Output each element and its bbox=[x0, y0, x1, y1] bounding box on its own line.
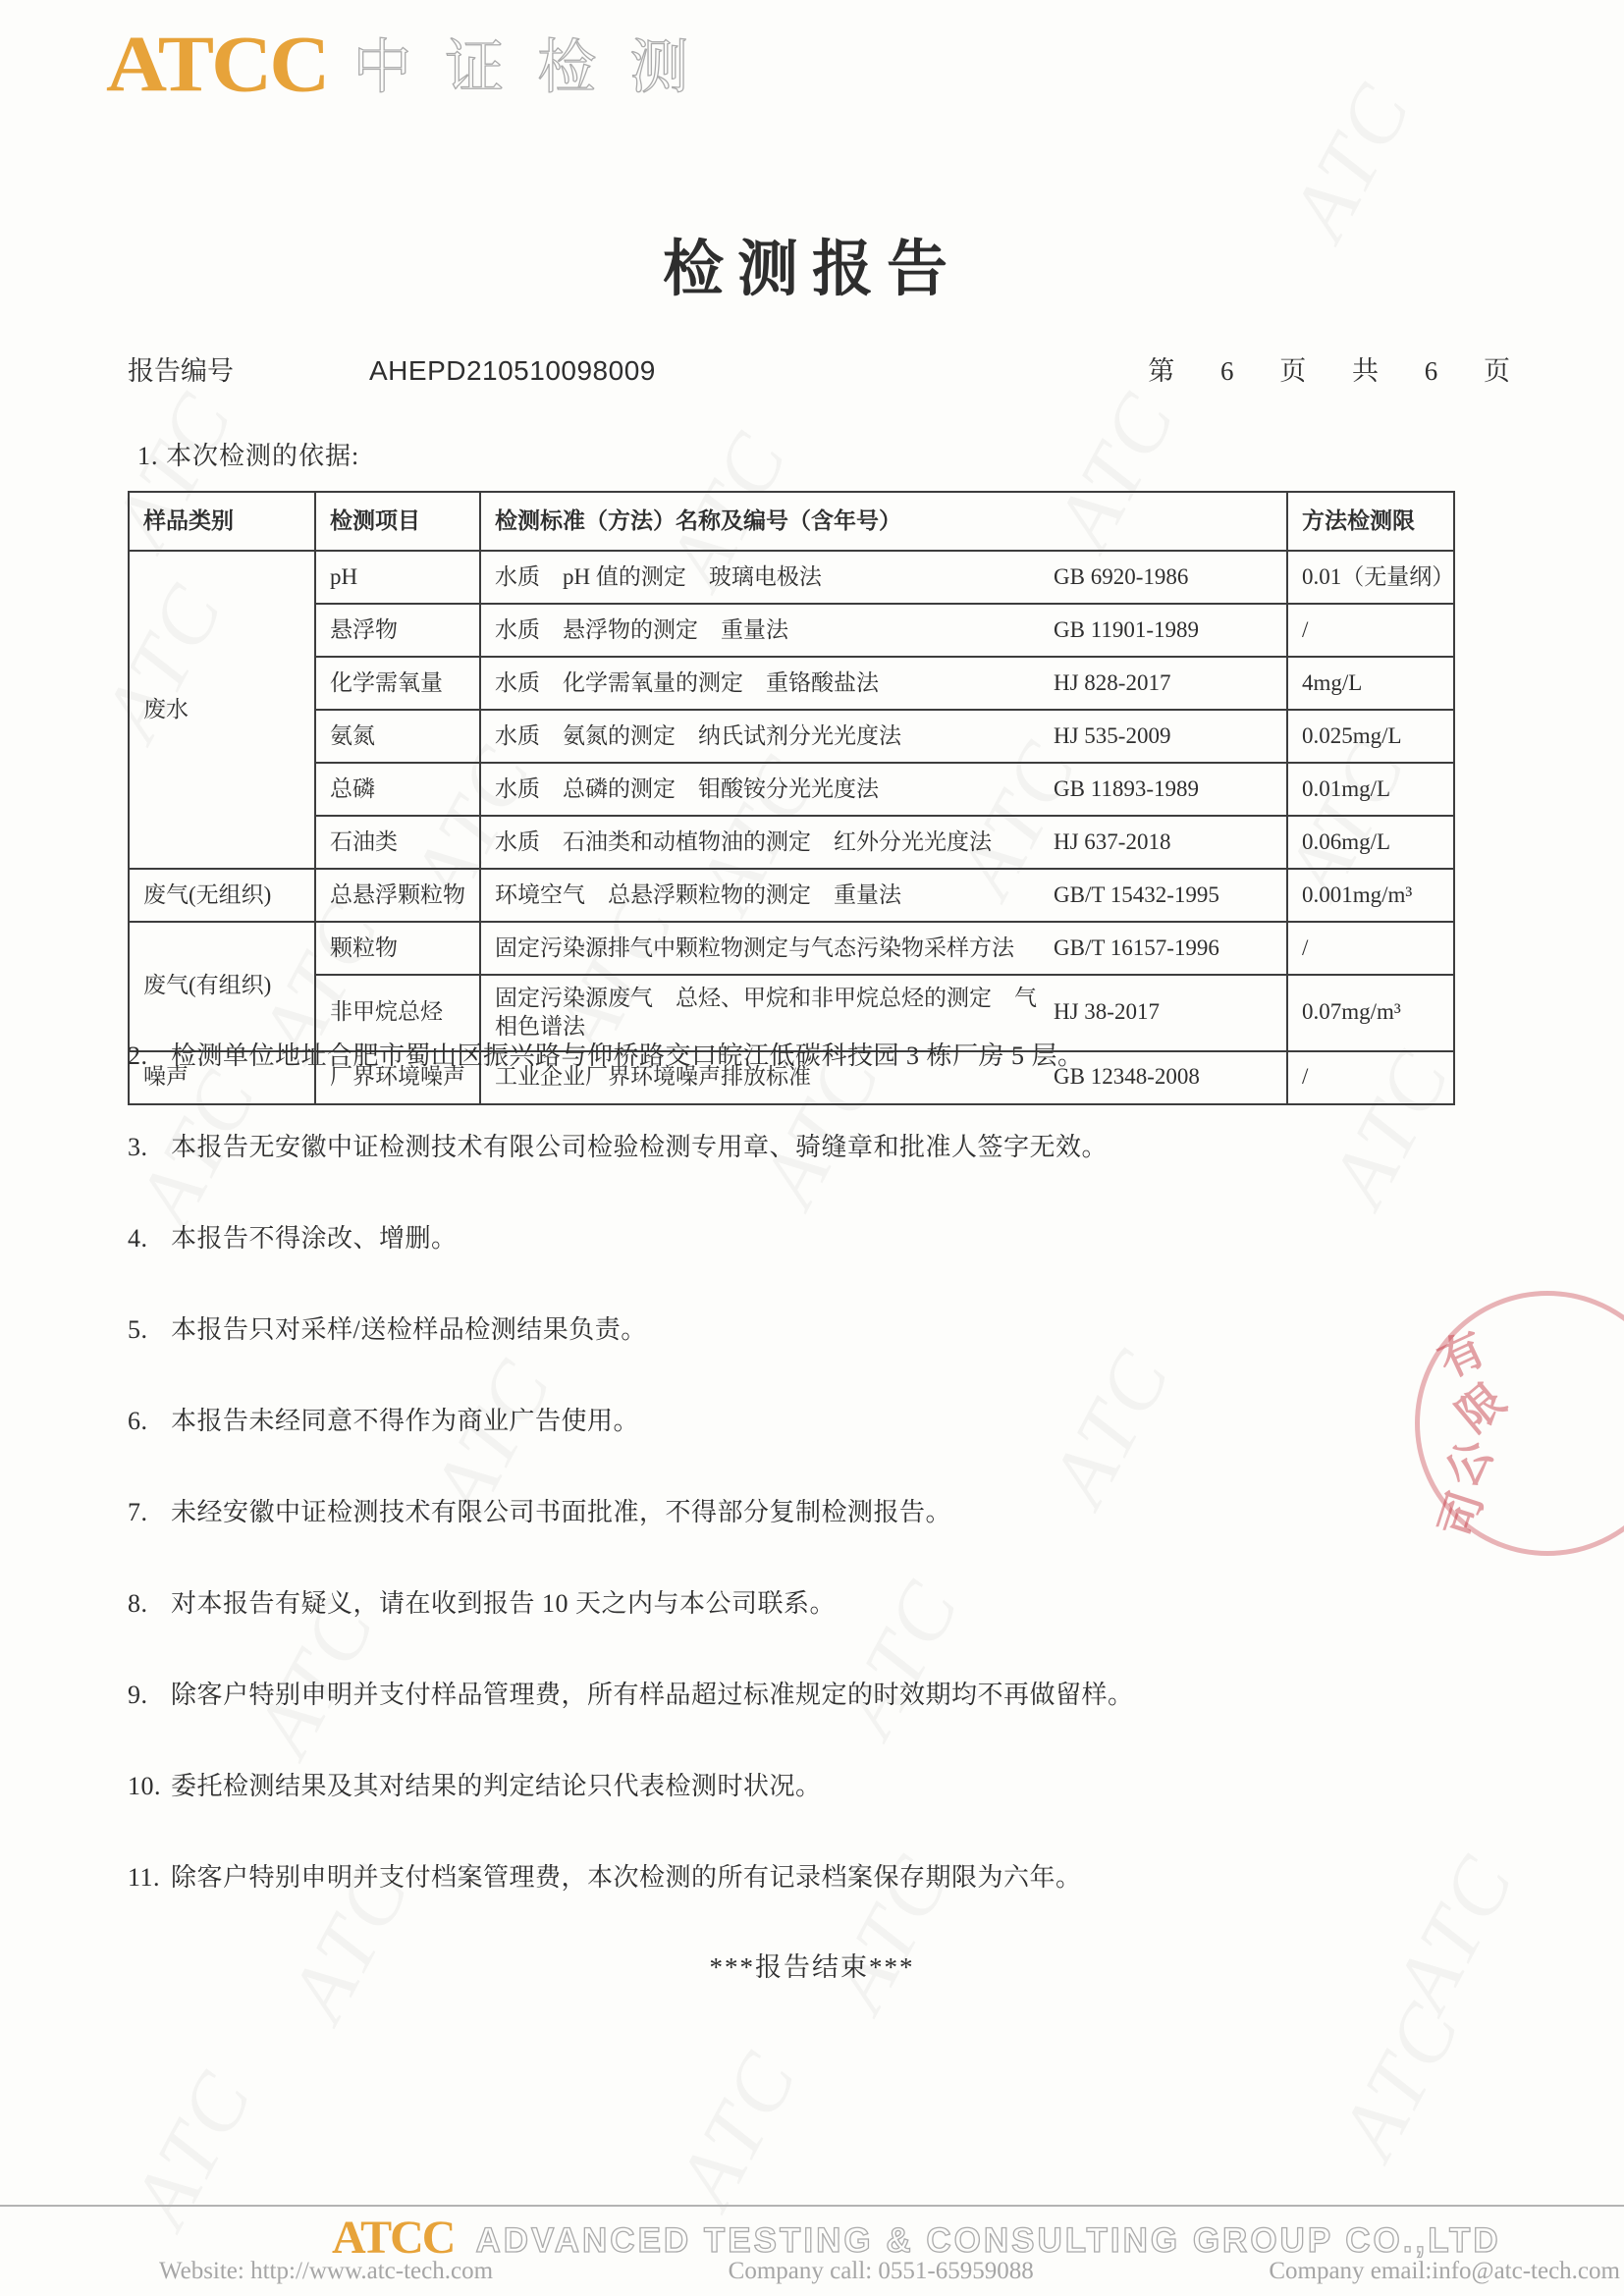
atc-watermark: ATC bbox=[658, 2036, 817, 2221]
standard-cell: 固定污染源排气中颗粒物测定与气态污染物采样方法GB/T 16157-1996 bbox=[480, 922, 1287, 975]
note-number: 2. bbox=[128, 1039, 171, 1073]
report-page: ATCATCATCATCATCATCATCATCATCATCATCATCATCA… bbox=[0, 0, 1624, 2296]
standard-code: HJ 38-2017 bbox=[1050, 998, 1276, 1027]
report-number-label: 报告编号 bbox=[128, 349, 234, 388]
footer-company-name-en: ADVANCED TESTING & CONSULTING GROUP CO.,… bbox=[475, 2219, 1500, 2258]
page-title: 检测报告 bbox=[0, 220, 1624, 307]
note-number: 3. bbox=[128, 1130, 171, 1164]
report-end-text: ***报告结束*** bbox=[0, 1946, 1624, 1984]
table-row: 氨氮水质 氨氮的测定 纳氏试剂分光光度法HJ 535-20090.025mg/L bbox=[129, 710, 1454, 763]
standard-name: 环境空气 总悬浮颗粒物的测定 重量法 bbox=[495, 881, 1050, 910]
standard-name: 固定污染源废气 总烃、甲烷和非甲烷总烃的测定 气相色谱法 bbox=[495, 985, 1050, 1041]
note-text: 未经安徽中证检测技术有限公司书面批准，不得部分复制检测报告。 bbox=[171, 1498, 951, 1526]
detection-limit-cell: 0.025mg/L bbox=[1287, 710, 1454, 763]
note-text: 本报告不得涂改、增删。 bbox=[171, 1224, 458, 1253]
standard-cell: 水质 总磷的测定 钼酸铵分光光度法GB 11893-1989 bbox=[480, 763, 1287, 816]
footer-phone: Company call: 0551-65959088 bbox=[729, 2258, 1034, 2285]
detection-limit-cell: / bbox=[1287, 604, 1454, 657]
standard-code: GB/T 15432-1995 bbox=[1050, 881, 1276, 910]
note-number: 7. bbox=[128, 1495, 171, 1529]
note-number: 6. bbox=[128, 1404, 171, 1438]
table-row: 废气(有组织)颗粒物固定污染源排气中颗粒物测定与气态污染物采样方法GB/T 16… bbox=[129, 922, 1454, 975]
test-item-cell: 化学需氧量 bbox=[315, 657, 480, 710]
footer-divider bbox=[0, 2205, 1624, 2207]
note-text: 本报告未经同意不得作为商业广告使用。 bbox=[171, 1407, 639, 1435]
note-number: 4. bbox=[128, 1221, 171, 1255]
note-text: 本报告只对采样/送检样品检测结果负责。 bbox=[171, 1315, 647, 1344]
standard-code: HJ 637-2018 bbox=[1050, 828, 1276, 857]
page-indicator: 第 6 页 共 6 页 bbox=[1148, 349, 1514, 388]
test-item-cell: pH bbox=[315, 551, 480, 604]
footer-email: Company email:info@atc-tech.com bbox=[1269, 2258, 1620, 2285]
test-item-cell: 总悬浮颗粒物 bbox=[315, 869, 480, 922]
col-header-test-item: 检测项目 bbox=[315, 492, 480, 551]
standard-name: 水质 氨氮的测定 纳氏试剂分光光度法 bbox=[495, 722, 1050, 751]
standard-code: GB 6920-1986 bbox=[1050, 563, 1276, 592]
detection-limit-cell: / bbox=[1287, 922, 1454, 975]
note-text: 对本报告有疑义，请在收到报告 10 天之内与本公司联系。 bbox=[171, 1589, 836, 1618]
standard-cell: 水质 化学需氧量的测定 重铬酸盐法HJ 828-2017 bbox=[480, 657, 1287, 710]
standard-name: 水质 石油类和动植物油的测定 红外分光光度法 bbox=[495, 828, 1050, 857]
seal-character: 公 bbox=[1438, 1432, 1500, 1494]
table-row: 悬浮物水质 悬浮物的测定 重量法GB 11901-1989/ bbox=[129, 604, 1454, 657]
standard-code: GB 11893-1989 bbox=[1050, 775, 1276, 804]
col-header-sample-category: 样品类别 bbox=[129, 492, 315, 551]
footer-logo-row: ATCC ADVANCED TESTING & CONSULTING GROUP… bbox=[332, 2215, 1501, 2262]
table-row: 石油类水质 石油类和动植物油的测定 红外分光光度法HJ 637-20180.06… bbox=[129, 816, 1454, 869]
note-text: 除客户特别申明并支付样品管理费，所有样品超过标准规定的时效期均不再做留样。 bbox=[171, 1681, 1134, 1709]
table-row: 化学需氧量水质 化学需氧量的测定 重铬酸盐法HJ 828-20174mg/L bbox=[129, 657, 1454, 710]
standard-name: 水质 总磷的测定 钼酸铵分光光度法 bbox=[495, 775, 1050, 804]
note-item: 6.本报告未经同意不得作为商业广告使用。 bbox=[128, 1404, 1545, 1495]
brand-chinese-name: 中证检测 bbox=[352, 30, 722, 97]
sample-category-cell: 废水 bbox=[129, 551, 315, 869]
sample-category-cell: 废气(有组织) bbox=[129, 922, 315, 1051]
section-1-label: 1. 本次检测的依据: bbox=[137, 436, 359, 472]
col-header-standard: 检测标准（方法）名称及编号（含年号） bbox=[480, 492, 1287, 551]
standard-name: 固定污染源排气中颗粒物测定与气态污染物采样方法 bbox=[495, 934, 1050, 963]
footer-contact-row: Website: http://www.atc-tech.com Company… bbox=[159, 2258, 1620, 2285]
col-header-detection-limit: 方法检测限 bbox=[1287, 492, 1454, 551]
standard-cell: 水质 悬浮物的测定 重量法GB 11901-1989 bbox=[480, 604, 1287, 657]
note-number: 10. bbox=[128, 1769, 171, 1803]
sample-category-cell: 废气(无组织) bbox=[129, 869, 315, 922]
report-number-value: AHEPD210510098009 bbox=[369, 355, 656, 387]
standard-cell: 水质 石油类和动植物油的测定 红外分光光度法HJ 637-2018 bbox=[480, 816, 1287, 869]
table-header-row: 样品类别 检测项目 检测标准（方法）名称及编号（含年号） 方法检测限 bbox=[129, 492, 1454, 551]
footer-website: Website: http://www.atc-tech.com bbox=[159, 2258, 493, 2285]
test-item-cell: 氨氮 bbox=[315, 710, 480, 763]
standard-name: 水质 pH 值的测定 玻璃电极法 bbox=[495, 563, 1050, 592]
note-text: 委托检测结果及其对结果的判定结论只代表检测时状况。 bbox=[171, 1772, 822, 1800]
test-item-cell: 颗粒物 bbox=[315, 922, 480, 975]
note-item: 2.检测单位地址合肥市蜀山区振兴路与仰桥路交口皖江低碳科技园 3 栋厂房 5 层… bbox=[128, 1039, 1545, 1130]
note-number: 9. bbox=[128, 1678, 171, 1712]
standards-table: 样品类别 检测项目 检测标准（方法）名称及编号（含年号） 方法检测限 废水pH水… bbox=[128, 491, 1455, 1105]
detection-limit-cell: 4mg/L bbox=[1287, 657, 1454, 710]
notes-list: 2.检测单位地址合肥市蜀山区振兴路与仰桥路交口皖江低碳科技园 3 栋厂房 5 层… bbox=[128, 1039, 1545, 1951]
note-item: 4.本报告不得涂改、增删。 bbox=[128, 1221, 1545, 1312]
detection-limit-cell: 0.001mg/m³ bbox=[1287, 869, 1454, 922]
note-text: 除客户特别申明并支付档案管理费，本次检测的所有记录档案保存期限为六年。 bbox=[171, 1863, 1082, 1892]
note-item: 5.本报告只对采样/送检样品检测结果负责。 bbox=[128, 1312, 1545, 1404]
detection-limit-cell: 0.01（无量纲） bbox=[1287, 551, 1454, 604]
standard-code: GB/T 16157-1996 bbox=[1050, 934, 1276, 963]
standard-name: 水质 悬浮物的测定 重量法 bbox=[495, 616, 1050, 645]
table-row: 废水pH水质 pH 值的测定 玻璃电极法GB 6920-19860.01（无量纲… bbox=[129, 551, 1454, 604]
standard-cell: 水质 pH 值的测定 玻璃电极法GB 6920-1986 bbox=[480, 551, 1287, 604]
atc-watermark: ATC bbox=[1321, 1987, 1480, 2172]
note-item: 9.除客户特别申明并支付样品管理费，所有样品超过标准规定的时效期均不再做留样。 bbox=[128, 1678, 1545, 1769]
test-item-cell: 总磷 bbox=[315, 763, 480, 816]
report-number-row: 报告编号 AHEPD210510098009 第 6 页 共 6 页 bbox=[128, 349, 1514, 388]
table-row: 废气(无组织)总悬浮颗粒物环境空气 总悬浮颗粒物的测定 重量法GB/T 1543… bbox=[129, 869, 1454, 922]
standard-name: 水质 化学需氧量的测定 重铬酸盐法 bbox=[495, 669, 1050, 698]
detection-limit-cell: 0.01mg/L bbox=[1287, 763, 1454, 816]
standard-cell: 环境空气 总悬浮颗粒物的测定 重量法GB/T 15432-1995 bbox=[480, 869, 1287, 922]
footer-atcc-logo: ATCC bbox=[332, 2215, 454, 2262]
test-item-cell: 石油类 bbox=[315, 816, 480, 869]
table-row: 总磷水质 总磷的测定 钼酸铵分光光度法GB 11893-19890.01mg/L bbox=[129, 763, 1454, 816]
note-number: 8. bbox=[128, 1586, 171, 1621]
test-item-cell: 悬浮物 bbox=[315, 604, 480, 657]
detection-limit-cell: 0.06mg/L bbox=[1287, 816, 1454, 869]
standard-code: HJ 828-2017 bbox=[1050, 669, 1276, 698]
standard-code: GB 11901-1989 bbox=[1050, 616, 1276, 645]
standard-code: HJ 535-2009 bbox=[1050, 722, 1276, 751]
note-text: 本报告无安徽中证检测技术有限公司检验检测专用章、骑缝章和批准人签字无效。 bbox=[171, 1133, 1108, 1161]
note-text: 检测单位地址合肥市蜀山区振兴路与仰桥路交口皖江低碳科技园 3 栋厂房 5 层。 bbox=[171, 1041, 1084, 1070]
standard-cell: 水质 氨氮的测定 纳氏试剂分光光度法HJ 535-2009 bbox=[480, 710, 1287, 763]
note-item: 7.未经安徽中证检测技术有限公司书面批准，不得部分复制检测报告。 bbox=[128, 1495, 1545, 1586]
note-item: 8.对本报告有疑义，请在收到报告 10 天之内与本公司联系。 bbox=[128, 1586, 1545, 1678]
note-number: 11. bbox=[128, 1860, 171, 1895]
note-item: 10.委托检测结果及其对结果的判定结论只代表检测时状况。 bbox=[128, 1769, 1545, 1860]
note-number: 5. bbox=[128, 1312, 171, 1347]
header-logo: ATCC 中证检测 bbox=[106, 22, 722, 106]
atcc-logo: ATCC bbox=[106, 24, 327, 104]
atc-watermark: ATC bbox=[113, 2056, 272, 2241]
note-item: 3.本报告无安徽中证检测技术有限公司检验检测专用章、骑缝章和批准人签字无效。 bbox=[128, 1130, 1545, 1221]
note-item: 11.除客户特别申明并支付档案管理费，本次检测的所有记录档案保存期限为六年。 bbox=[128, 1860, 1545, 1951]
